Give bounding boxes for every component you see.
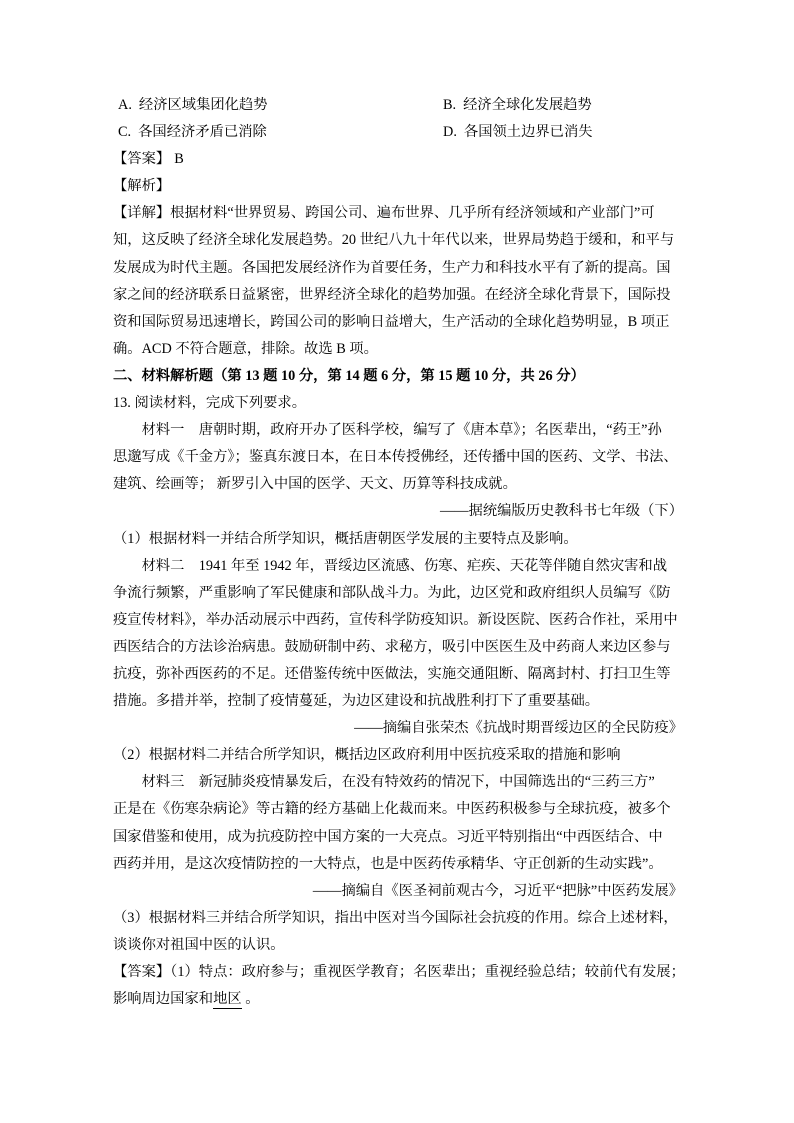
q13-answer-underlined-text: 地区 xyxy=(213,991,242,1009)
detail-line: 【详解】根据材料“世界贸易、跨国公司、遍布世界、几乎所有经济领域和产业部门”可 xyxy=(113,200,683,227)
material3-line: 正是在《伤寒杂病论》等古籍的经方基础上化裁而来。中医药积极参与全球抗疫，被多个 xyxy=(113,796,683,823)
document-page: A.经济区域集团化趋势 B.经济全球化发展趋势 C.各国经济矛盾已消除 D.各国… xyxy=(113,92,683,1013)
option-b-label: B. xyxy=(443,92,456,119)
detail-line: 家之间的经济联系日益紧密，世界经济全球化的趋势加强。在经济全球化背景下，国际投 xyxy=(113,282,683,309)
material2-line: 材料二 1941 年至 1942 年，晋绥边区流感、伤寒、疟疾、天花等伴随自然灾… xyxy=(113,553,683,580)
q13-answer-line: 影响周边国家和地区 。 xyxy=(113,986,683,1013)
material3-line: 材料三 新冠肺炎疫情暴发后，在没有特效药的情况下，中国筛选出的“三药三方” xyxy=(113,769,683,796)
material1-line: 思邈写成《千金方》；鉴真东渡日本，在日本传授佛经，还传播中国的医药、文学、书法、 xyxy=(113,444,683,471)
option-b-text: 经济全球化发展趋势 xyxy=(463,97,592,113)
option-d-text: 各国领土边界已消失 xyxy=(464,124,593,140)
q13-question2: （2）根据材料二并结合所学知识，概括边区政府利用中医抗疫采取的措施和影响 xyxy=(113,742,683,769)
section-heading: 二、材料解析题（第 13 题 10 分，第 14 题 6 分，第 15 题 10… xyxy=(113,363,683,390)
q13-intro: 13. 阅读材料，完成下列要求。 xyxy=(113,390,683,417)
option-c-label: C. xyxy=(118,119,131,146)
option-d-label: D. xyxy=(443,119,457,146)
options-row-ab: A.经济区域集团化趋势 B.经济全球化发展趋势 xyxy=(113,92,683,119)
option-a-text: 经济区域集团化趋势 xyxy=(139,97,268,113)
q13-answer-tail-text: 影响周边国家和 xyxy=(113,991,213,1007)
q13-question1: （1）根据材料一并结合所学知识，概括唐朝医学发展的主要特点及影响。 xyxy=(113,526,683,553)
material2-line: 争流行频繁，严重影响了军民健康和部队战斗力。为此，边区党和政府组织人员编写《防 xyxy=(113,580,683,607)
detail-line: 确。ACD 不符合题意，排除。故选 B 项。 xyxy=(113,336,683,363)
answer-label: 【答案】 xyxy=(113,151,170,167)
q13-answer-line: 【答案】（1）特点：政府参与；重视医学教育；名医辈出；重视经验总结；较前代有发展… xyxy=(113,959,683,986)
options-row-cd: C.各国经济矛盾已消除 D.各国领土边界已消失 xyxy=(113,119,683,146)
material2-line: 西医结合的方法诊治病患。鼓励研制中药、求秘方，吸引中医医生及中药商人来边区参与 xyxy=(113,634,683,661)
material1-source: ——据统编版历史教科书七年级（下） xyxy=(113,498,683,525)
material1-line: 建筑、绘画等； 新罗引入中国的医学、天文、历算等科技成就。 xyxy=(113,471,683,498)
answer-line: 【答案】B xyxy=(113,146,683,173)
material1-line: 材料一 唐朝时期，政府开办了医科学校，编写了《唐本草》；名医辈出，“药王”孙 xyxy=(113,417,683,444)
material3-line: 西药并用，是这次疫情防控的一大特点，也是中医药传承精华、守正创新的生动实践”。 xyxy=(113,851,683,878)
material2-source: ——摘编自张荣杰《抗战时期晋绥边区的全民防疫》 xyxy=(113,715,683,742)
material2-line: 疫宣传材料》，举办活动展示中西药，宣传科学防疫知识。新设医院、医药合作社，采用中 xyxy=(113,607,683,634)
q13-question3-line: 谈谈你对祖国中医的认识。 xyxy=(113,932,683,959)
answer-value: B xyxy=(174,151,184,167)
option-b: B.经济全球化发展趋势 xyxy=(443,92,592,119)
option-c-text: 各国经济矛盾已消除 xyxy=(138,124,267,140)
detail-line: 发展成为时代主题。各国把发展经济作为首要任务，生产力和科技水平有了新的提高。国 xyxy=(113,255,683,282)
material2-line: 措施。多措并举，控制了疫情蔓延，为边区建设和抗战胜利打下了重要基础。 xyxy=(113,688,683,715)
q13-answer-period: 。 xyxy=(242,991,260,1007)
option-d: D.各国领土边界已消失 xyxy=(443,119,593,146)
analysis-label: 【解析】 xyxy=(113,178,170,194)
material2-line: 抗疫，弥补西医药的不足。还借鉴传统中医做法，实施交通阻断、隔离封村、打扫卫生等 xyxy=(113,661,683,688)
material3-line: 国家借鉴和使用，成为抗疫防控中国方案的一大亮点。习近平特别指出“中西医结合、中 xyxy=(113,824,683,851)
q13-question3-line: （3）根据材料三并结合所学知识，指出中医对当今国际社会抗疫的作用。综合上述材料， xyxy=(113,905,683,932)
analysis-line: 【解析】 xyxy=(113,173,683,200)
detail-line: 资和国际贸易迅速增长，跨国公司的影响日益增大，生产活动的全球化趋势明显，B 项正 xyxy=(113,309,683,336)
detail-line: 知，这反映了经济全球化发展趋势。20 世纪八九十年代以来，世界局势趋于缓和，和平… xyxy=(113,227,683,254)
option-a-label: A. xyxy=(118,92,132,119)
material3-source: ——摘编自《医圣祠前观古今，习近平“把脉”中医药发展》 xyxy=(113,878,683,905)
